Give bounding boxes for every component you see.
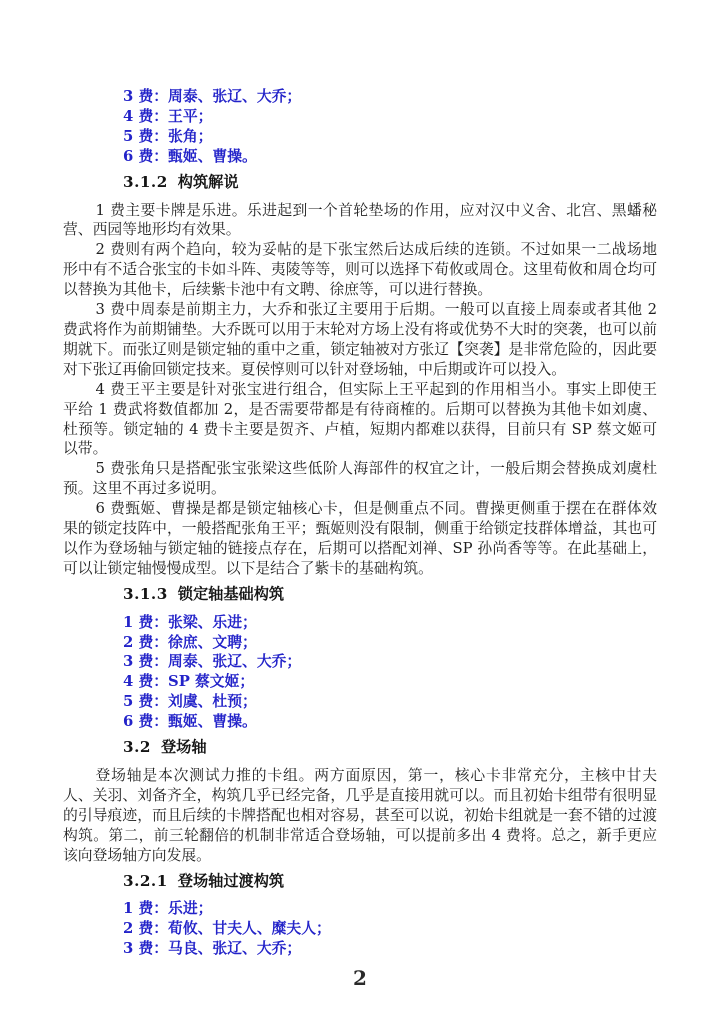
list-item: 3 费：周泰、张辽、大乔；: [123, 87, 657, 107]
cost-list-transition: 1 费：乐进； 2 费：荀攸、甘夫人、糜夫人； 3 费：马良、张辽、大乔；: [63, 899, 657, 959]
paragraph-cost-3: 3 费中周泰是前期主力，大乔和张辽主要用于后期。一般可以直接上周泰或者其他 2 …: [63, 300, 657, 380]
list-item: 1 费：乐进；: [123, 899, 657, 919]
list-item: 2 费：荀攸、甘夫人、糜夫人；: [123, 919, 657, 939]
heading-number: 3.2.1: [123, 872, 168, 890]
heading-title: 锁定轴基础构筑: [178, 585, 284, 603]
list-item: 5 费：张角；: [123, 127, 657, 147]
paragraph-cost-5: 5 费张角只是搭配张宝张梁这些低阶人海部件的权宜之计，一般后期会替换成刘虞杜预。…: [63, 459, 657, 499]
heading-number: 3.1.3: [123, 585, 168, 603]
list-item: 6 费：甄姬、曹操。: [123, 147, 657, 167]
section-heading-3-1-2: 3.1.2构筑解说: [63, 173, 657, 193]
paragraph-cost-1: 1 费主要卡牌是乐进。乐进起到一个首轮垫场的作用，应对汉中义舍、北宫、黑蟠秘营、…: [63, 201, 657, 241]
section-heading-3-1-3: 3.1.3锁定轴基础构筑: [63, 585, 657, 605]
list-item: 3 费：周泰、张辽、大乔；: [123, 652, 657, 672]
heading-title: 构筑解说: [178, 173, 239, 191]
list-item: 4 费：王平；: [123, 107, 657, 127]
list-item: 2 费：徐庶、文聘；: [123, 633, 657, 653]
heading-number: 3.2: [123, 738, 151, 756]
paragraph-stage-axis: 登场轴是本次测试力推的卡组。两方面原因，第一，核心卡非常充分，主核中甘夫人、关羽…: [63, 766, 657, 866]
heading-title: 登场轴过渡构筑: [178, 872, 284, 890]
page-content: 3 费：周泰、张辽、大乔； 4 费：王平； 5 费：张角； 6 费：甄姬、曹操。…: [63, 87, 657, 959]
page-number: 2: [0, 966, 720, 990]
heading-number: 3.1.2: [123, 173, 168, 191]
document-page: 3 费：周泰、张辽、大乔； 4 费：王平； 5 费：张角； 6 费：甄姬、曹操。…: [0, 0, 720, 1018]
cost-list-lock-axis: 1 费：张梁、乐进； 2 费：徐庶、文聘； 3 费：周泰、张辽、大乔； 4 费：…: [63, 613, 657, 732]
list-item: 1 费：张梁、乐进；: [123, 613, 657, 633]
list-item: 3 费：马良、张辽、大乔；: [123, 939, 657, 959]
paragraph-cost-2: 2 费则有两个趋向，较为妥帖的是下张宝然后达成后续的连锁。不过如果一二战场地形中…: [63, 240, 657, 300]
list-item: 5 费：刘虞、杜预；: [123, 692, 657, 712]
cost-list-top: 3 费：周泰、张辽、大乔； 4 费：王平； 5 费：张角； 6 费：甄姬、曹操。: [63, 87, 657, 167]
list-item: 6 费：甄姬、曹操。: [123, 712, 657, 732]
paragraph-cost-4: 4 费王平主要是针对张宝进行组合，但实际上王平起到的作用相当小。事实上即使王平给…: [63, 380, 657, 460]
section-heading-3-2-1: 3.2.1登场轴过渡构筑: [63, 872, 657, 892]
heading-title: 登场轴: [161, 738, 207, 756]
paragraph-cost-6: 6 费甄姬、曹操是都是锁定轴核心卡，但是侧重点不同。曹操更侧重于摆在在群体效果的…: [63, 499, 657, 579]
section-heading-3-2: 3.2登场轴: [63, 738, 657, 758]
list-item: 4 费：SP 蔡文姬；: [123, 672, 657, 692]
